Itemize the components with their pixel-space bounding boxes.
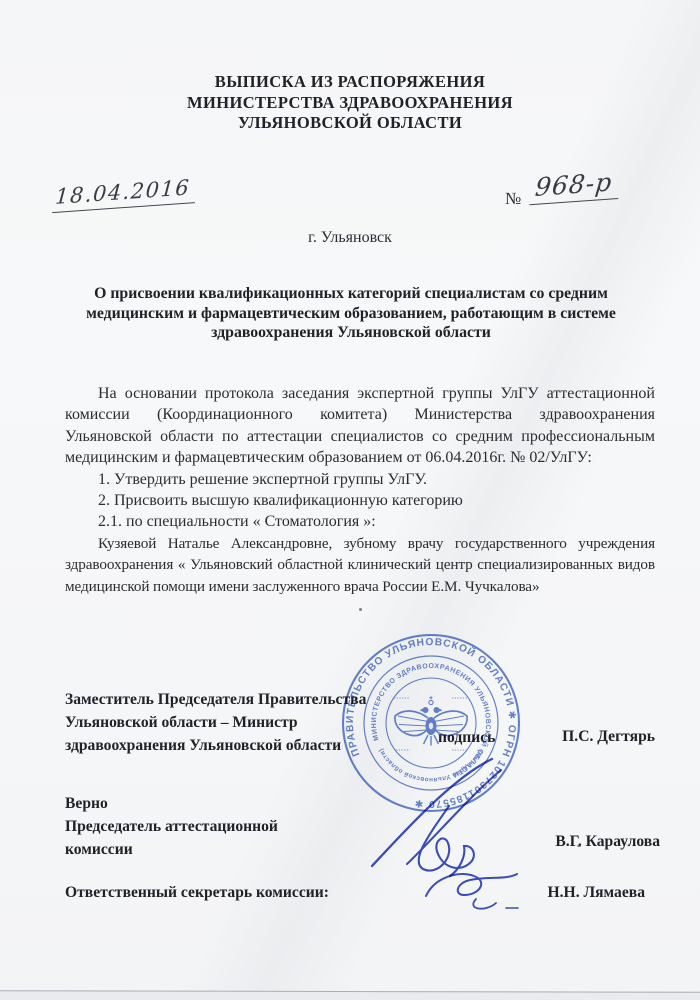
- deputy-minister-name: П.С. Дегтярь: [562, 728, 655, 746]
- city-line: г. Ульяновск: [0, 229, 700, 247]
- list-item: 2.1. по специальности « Стоматология »:: [65, 511, 655, 532]
- certified-word: Верно: [65, 792, 278, 815]
- list-item: 2. Присвоить высшую квалификационную кат…: [65, 490, 655, 511]
- list-item: 1. Утвердить решение экспертной группы У…: [65, 469, 655, 490]
- handwritten-date: 18.04.2016: [52, 175, 197, 213]
- official-title-line: Ульяновской области – Министр: [65, 711, 366, 734]
- scan-bottom-edge: [0, 990, 700, 1000]
- paragraph-line: Ульяновской области по аттестации специа…: [65, 426, 655, 447]
- title-line: УЛЬЯНОВСКОЙ ОБЛАСТИ: [0, 113, 700, 134]
- number-sign: №: [505, 189, 521, 209]
- paragraph-line: На основании протокола заседания эксперт…: [65, 383, 655, 404]
- paragraph-line: медицинским и фармацевтическим образован…: [65, 447, 655, 468]
- subject-heading: О присвоении квалификационных категорий …: [68, 284, 634, 343]
- chairman-signature: [352, 750, 522, 880]
- chairman-title-line: Председатель аттестационной: [65, 815, 278, 838]
- subject-line: О присвоении квалификационных категорий …: [68, 284, 634, 304]
- document-page: ВЫПИСКА ИЗ РАСПОРЯЖЕНИЯ МИНИСТЕРСТВА ЗДР…: [0, 0, 700, 1000]
- body-text: На основании протокола заседания эксперт…: [65, 383, 655, 597]
- handwritten-document-number: 968-р: [529, 167, 621, 206]
- double-headed-eagle-icon: [394, 696, 468, 750]
- secretary-name: Н.Н. Лямаева: [548, 884, 645, 902]
- title-line: ВЫПИСКА ИЗ РАСПОРЯЖЕНИЯ: [0, 72, 700, 93]
- secretary-signature: [418, 866, 533, 918]
- official-title-line: здравоохранения Ульяновской области: [65, 734, 366, 757]
- subject-line: здравоохранения Ульяновской области: [68, 323, 634, 343]
- paragraph-line: комиссии (Координационного комитета) Мин…: [65, 404, 655, 425]
- deputy-minister-title: Заместитель Председателя Правительства У…: [65, 688, 366, 757]
- secretary-label: Ответственный секретарь комиссии:: [65, 884, 329, 902]
- chairman-title-line: комиссии: [65, 838, 278, 861]
- certification-block: Верно Председатель аттестационной комисс…: [65, 792, 278, 861]
- paragraph-line: медицинской помощи имени заслуженного вр…: [65, 576, 655, 597]
- chairman-name: В.Г. Караулова: [555, 833, 660, 851]
- paragraph-line: здравоохранения « Ульяновский областной …: [65, 554, 655, 575]
- scan-speck: [359, 608, 362, 611]
- document-title: ВЫПИСКА ИЗ РАСПОРЯЖЕНИЯ МИНИСТЕРСТВА ЗДР…: [0, 72, 700, 134]
- title-line: МИНИСТЕРСТВА ЗДРАВООХРАНЕНИЯ: [0, 93, 700, 114]
- official-title-line: Заместитель Председателя Правительства: [65, 688, 366, 711]
- subject-line: медицинским и фармацевтическим образован…: [68, 304, 634, 324]
- scan-speck: [577, 845, 581, 847]
- paragraph-line: Кузяевой Наталье Александровне, зубному …: [65, 533, 655, 554]
